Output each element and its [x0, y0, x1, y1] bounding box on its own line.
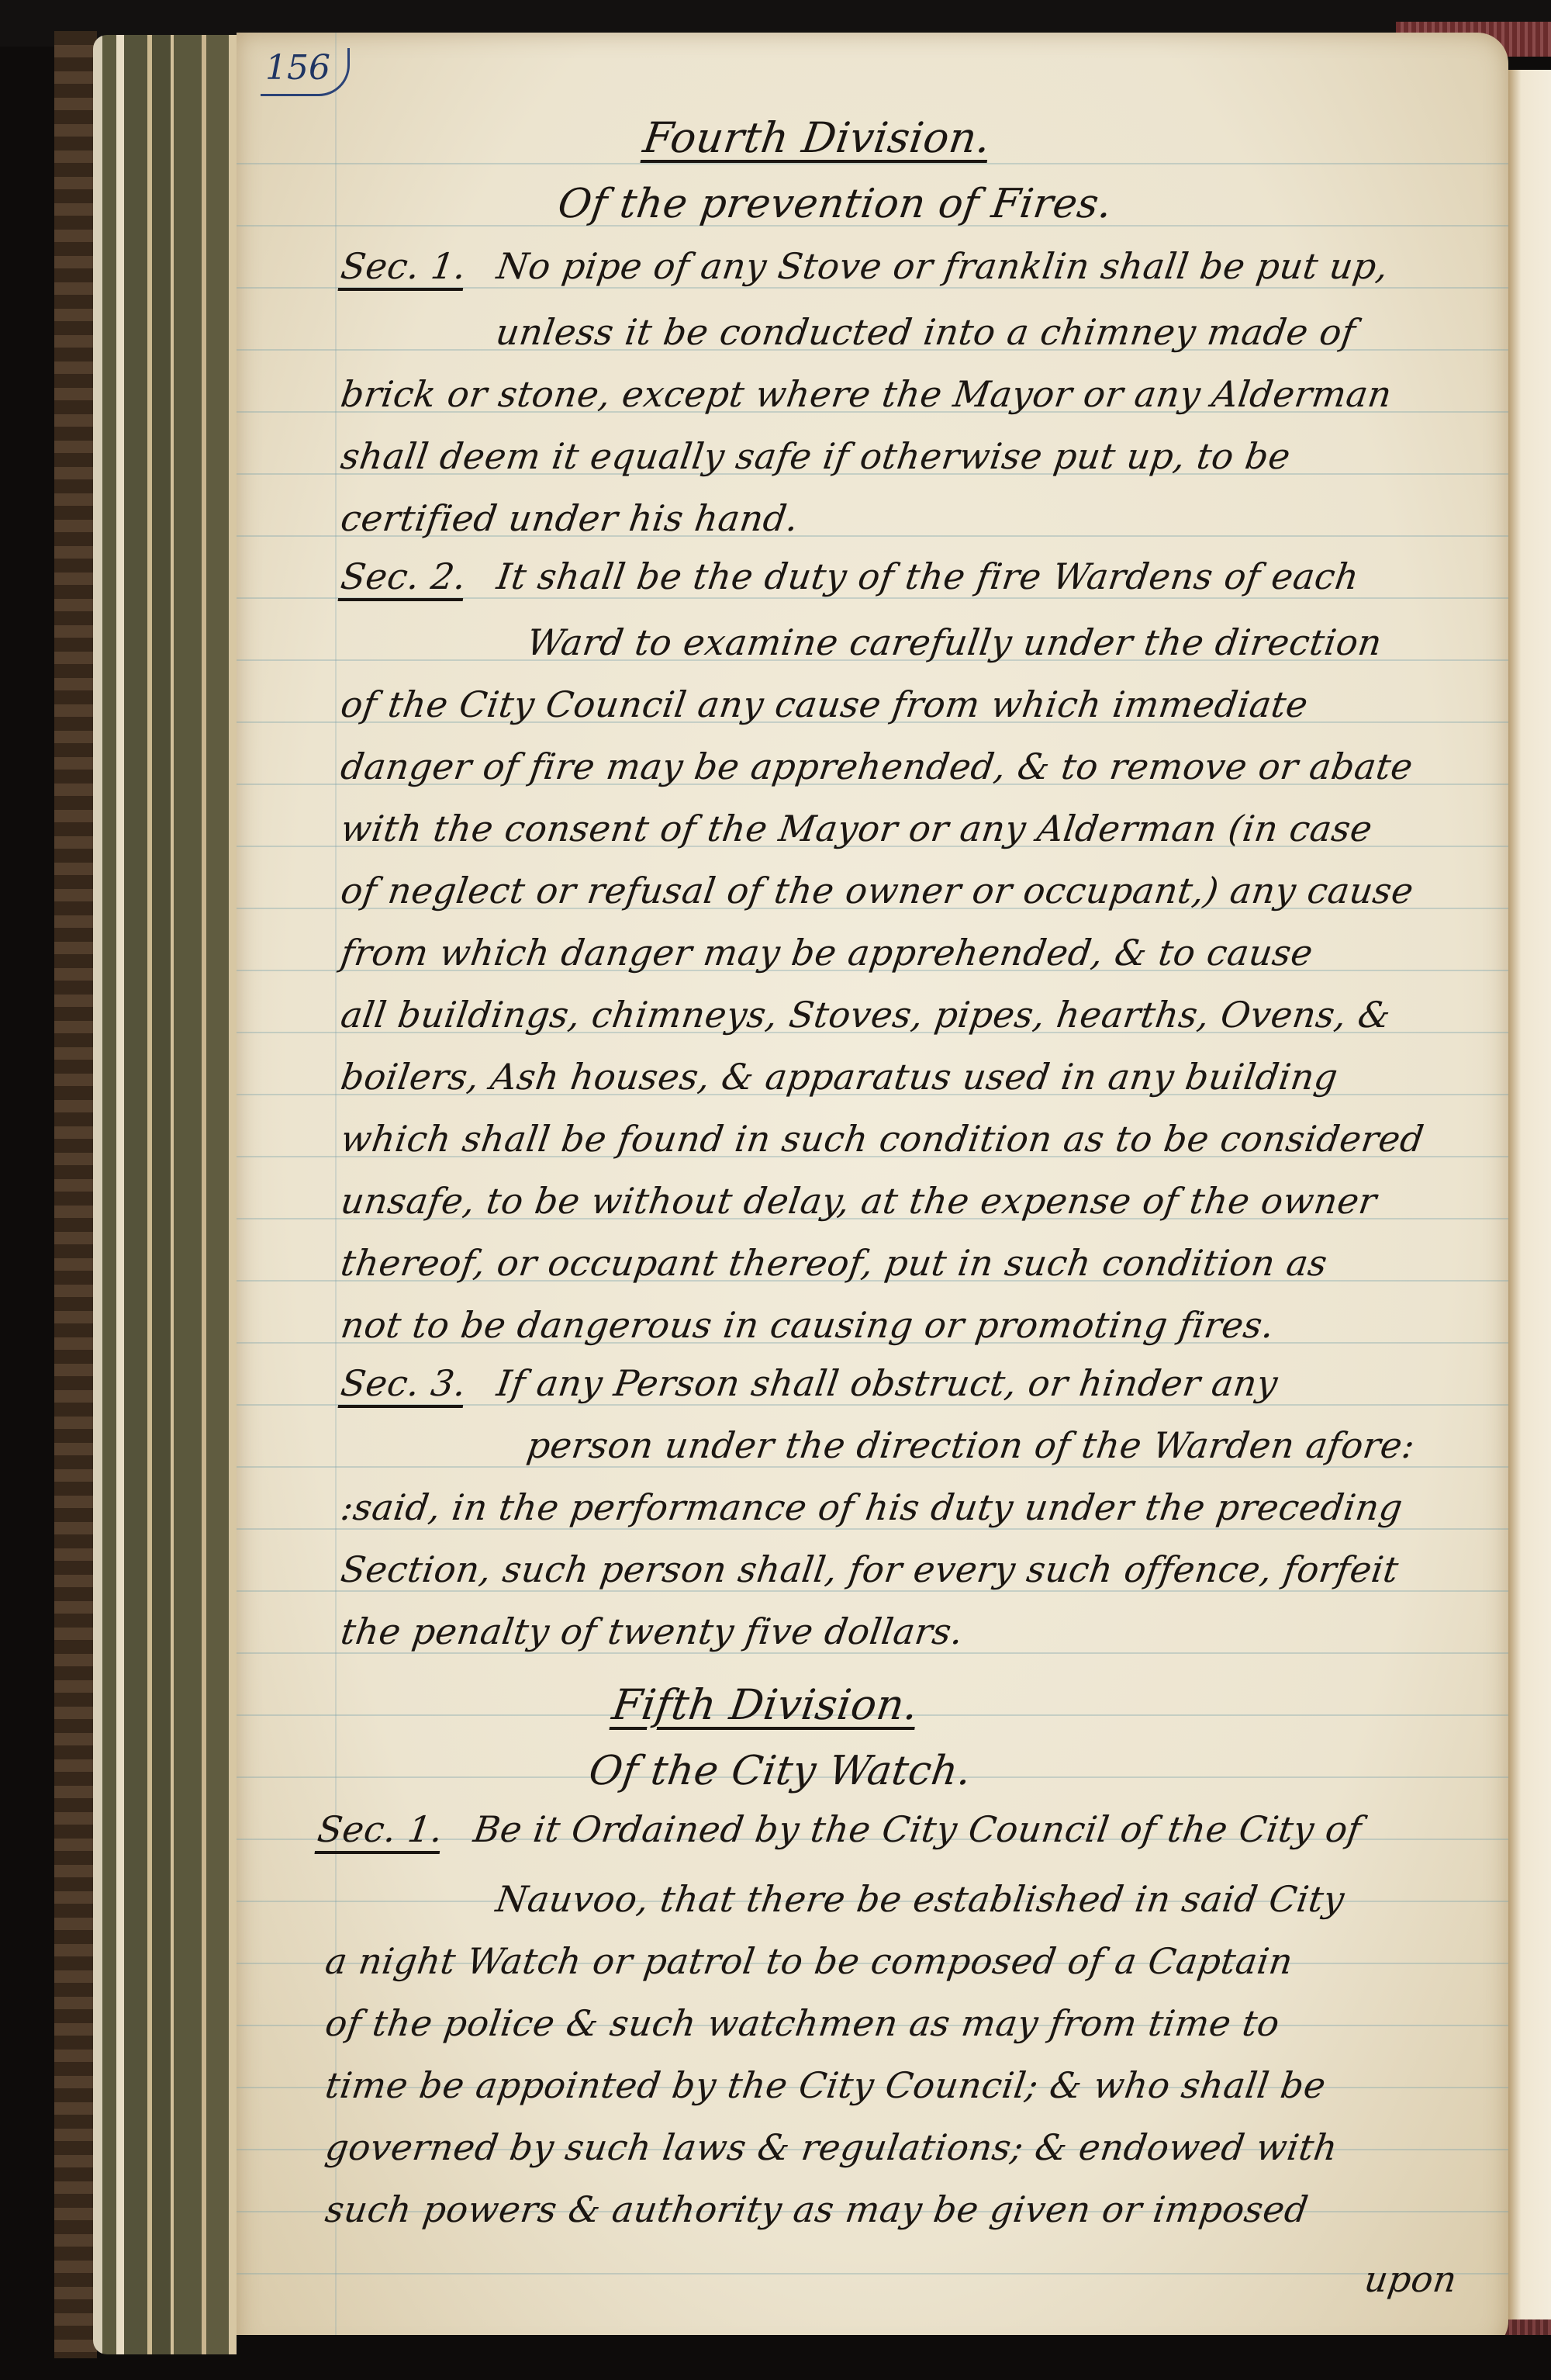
clause-text: It shall be the duty of the fire Wardens…: [494, 555, 1361, 597]
clause-line: from which danger may be apprehended, & …: [338, 931, 1316, 974]
book-cover-bottom: [237, 2335, 1551, 2380]
clause-line: shall deem it equally safe if otherwise …: [338, 434, 1294, 478]
section-label: Sec. 2.: [338, 555, 469, 597]
clause-line: a night Watch or patrol to be composed o…: [323, 1939, 1296, 1983]
clause-text: No pipe of any Stove or franklin shall b…: [494, 245, 1390, 287]
catchword: upon: [1362, 2257, 1459, 2301]
section-label: Sec. 1.: [315, 1808, 446, 1850]
clause-line: time be appointed by the City Council; &…: [323, 2063, 1328, 2107]
page-number: 156: [261, 48, 350, 96]
clause-line: thereof, or occupant thereof, put in suc…: [338, 1241, 1330, 1285]
clause-line: all buildings, chimneys, Stoves, pipes, …: [338, 993, 1394, 1036]
clause-line: the penalty of twenty five dollars.: [338, 1610, 966, 1653]
clause-line: of the City Council any cause from which…: [338, 683, 1311, 726]
clause-line: of the police & such watchmen as may fro…: [323, 2001, 1283, 2045]
clause-line: Sec. 2.It shall be the duty of the fire …: [338, 555, 1362, 598]
clause-line: which shall be found in such condition a…: [338, 1117, 1427, 1161]
clause-line: Section, such person shall, for every su…: [338, 1548, 1401, 1591]
clause-line: Ward to examine carefully under the dire…: [524, 621, 1385, 664]
book-binding: [54, 31, 97, 2358]
clause-line: danger of fire may be apprehended, & to …: [338, 745, 1415, 788]
division-subheading: Of the prevention of Fires.: [555, 182, 1115, 226]
clause-text: Be it Ordained by the City Council of th…: [471, 1808, 1364, 1850]
ruled-line: [237, 2273, 1508, 2274]
clause-line: with the consent of the Mayor or any Ald…: [338, 807, 1375, 850]
section-label: Sec. 1.: [338, 245, 469, 287]
clause-line: Sec. 3.If any Person shall obstruct, or …: [338, 1361, 1280, 1405]
clause-line: of neglect or refusal of the owner or oc…: [338, 869, 1416, 912]
clause-line: unsafe, to be without delay, at the expe…: [338, 1179, 1380, 1223]
clause-line: person under the direction of the Warden…: [524, 1424, 1418, 1467]
clause-line: certified under his hand.: [338, 496, 801, 540]
section-label: Sec. 3.: [338, 1362, 469, 1404]
clause-text: If any Person shall obstruct, or hinder …: [494, 1362, 1280, 1404]
clause-line: such powers & authority as may be given …: [323, 2188, 1311, 2231]
clause-line: not to be dangerous in causing or promot…: [338, 1303, 1277, 1347]
clause-line: :said, in the performance of his duty un…: [338, 1486, 1405, 1529]
ruled-line: [237, 163, 1508, 164]
division-subheading: Of the City Watch.: [586, 1749, 974, 1793]
clause-line: Nauvoo, that there be established in sai…: [493, 1877, 1347, 1921]
clause-line: brick or stone, except where the Mayor o…: [338, 372, 1394, 416]
clause-line: Sec. 1.No pipe of any Stove or franklin …: [338, 244, 1391, 288]
clause-line: governed by such laws & regulations; & e…: [323, 2126, 1340, 2169]
division-heading: Fifth Division.: [610, 1683, 921, 1727]
page-edges: [93, 35, 240, 2354]
clause-line: Sec. 1.Be it Ordained by the City Counci…: [315, 1807, 1364, 1851]
clause-line: unless it be conducted into a chimney ma…: [493, 310, 1359, 354]
adjacent-page-edge: [1508, 70, 1551, 2319]
clause-line: boilers, Ash houses, & apparatus used in…: [338, 1055, 1341, 1098]
division-heading: Fourth Division.: [641, 116, 993, 160]
